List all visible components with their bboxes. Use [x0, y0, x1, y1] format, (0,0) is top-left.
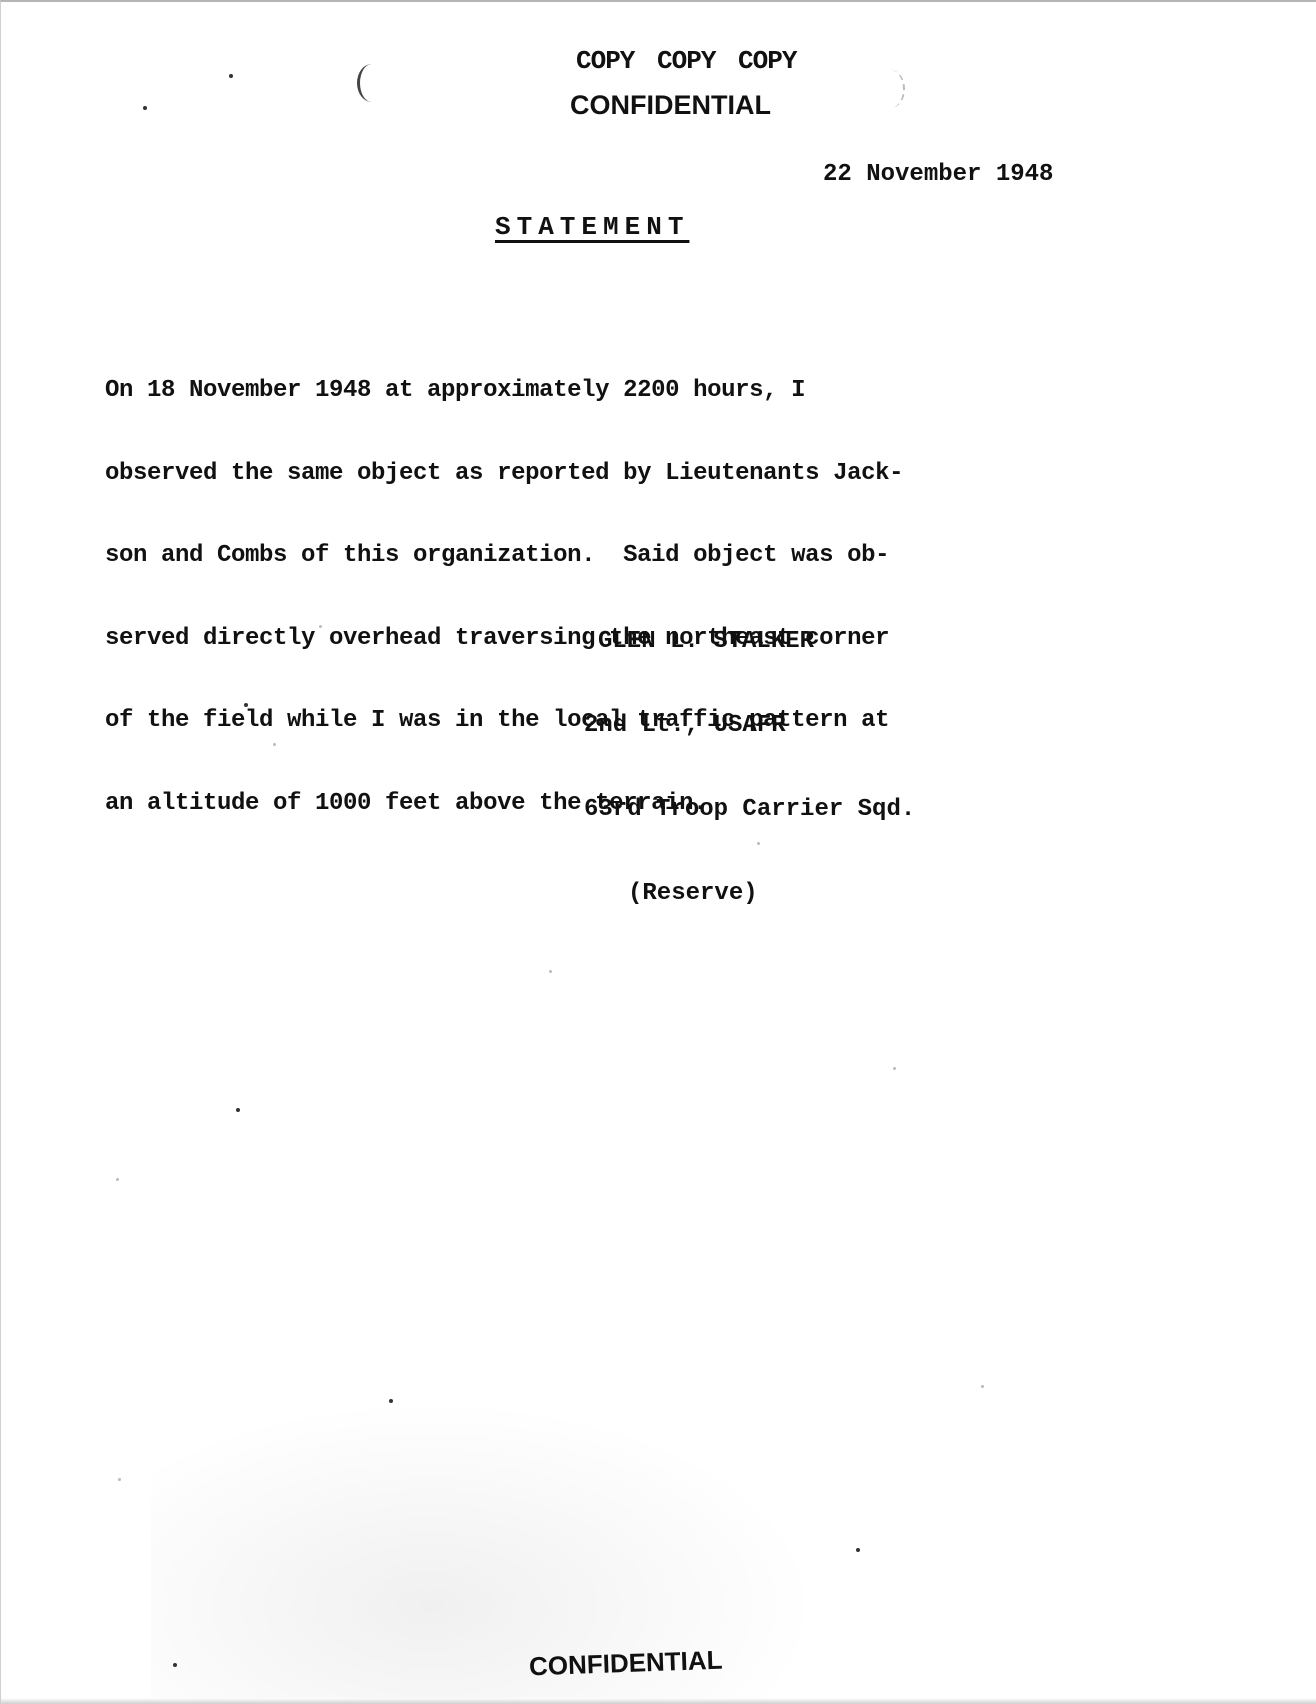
signature-block: GLEN L. STALKER 2nd Lt., USAFR 63rd Troo…	[584, 572, 915, 964]
scan-speck	[118, 1478, 121, 1481]
scan-smudge	[151, 1382, 851, 1702]
scan-speck	[173, 1663, 177, 1667]
page-bottom-edge	[1, 1698, 1316, 1704]
body-line: On 18 November 1948 at approximately 220…	[105, 377, 903, 405]
body-line: son and Combs of this organization. Said…	[105, 542, 903, 570]
body-line: observed the same object as reported by …	[105, 460, 903, 488]
scan-speck	[549, 970, 552, 973]
scan-speck	[229, 74, 233, 78]
signatory-name: GLEN L. STALKER	[584, 628, 915, 656]
scan-speck	[856, 1548, 860, 1552]
document-title: STATEMENT	[495, 212, 689, 242]
document-date: 22 November 1948	[823, 161, 1053, 188]
document-page: COPY COPY COPY CONFIDENTIAL 22 November …	[0, 0, 1316, 1704]
signatory-rank: 2nd Lt., USAFR	[584, 712, 915, 740]
scan-speck	[116, 1178, 119, 1181]
scan-speck	[236, 1108, 240, 1112]
scan-speck	[143, 106, 147, 110]
scan-speck	[389, 1399, 393, 1403]
classification-header: CONFIDENTIAL	[570, 90, 771, 121]
punch-hole-mark-left	[357, 64, 386, 102]
copy-marks: COPY COPY COPY	[576, 46, 796, 76]
scan-speck	[981, 1385, 984, 1388]
signatory-status: (Reserve)	[584, 880, 915, 908]
signatory-unit: 63rd Troop Carrier Sqd.	[584, 796, 915, 824]
scan-speck	[893, 1067, 896, 1070]
punch-hole-mark-right	[877, 70, 905, 108]
